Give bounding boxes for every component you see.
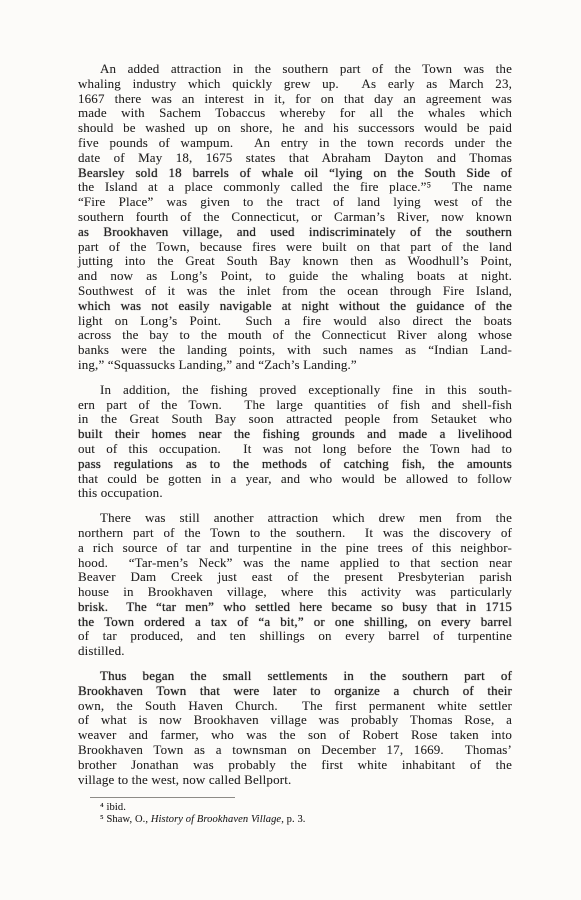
text-line: out of this occupation. It was not long … [78,442,512,457]
text-line: banks were the landing points, with such… [78,343,512,358]
text-line: There was still another attraction which… [78,511,512,526]
text-line: Thus began the small settlements in the … [78,669,512,684]
text-line: should be washed up on shore, he and his… [78,121,512,136]
text-line: ing,” “Squassucks Landing,” and “Zach’s … [78,358,512,373]
text-column: An added attraction in the southern part… [78,62,512,825]
footnote-separator [90,797,235,798]
footnote-text: ⁴ ibid. [100,802,126,813]
text-line: brisk. The “tar men” who settled here be… [78,600,512,615]
text-line: the Town ordered a tax of “a bit,” or on… [78,615,512,630]
text-line: Bearsley sold 18 barrels of whale oil “l… [78,166,512,181]
text-line: light on Long’s Point. Such a fire would… [78,314,512,329]
footnote: ⁴ ibid. [78,802,512,814]
footnote-text: ⁵ Shaw, O., [100,814,151,825]
text-line: part of the Town, because fires were bui… [78,240,512,255]
text-line: ern part of the Town. The large quantiti… [78,398,512,413]
book-page: An added attraction in the southern part… [0,0,581,900]
text-line: a rich source of tar and turpentine in t… [78,541,512,556]
text-line: “Fire Place” was given to the tract of l… [78,195,512,210]
text-line: 1667 there was an interest in it, for on… [78,92,512,107]
text-line: Southwest of it was the inlet from the o… [78,284,512,299]
text-line: that could be gotten in a year, and who … [78,472,512,487]
text-line: built their homes near the fishing groun… [78,427,512,442]
text-line: five pounds of wampum. An entry in the t… [78,136,512,151]
text-line: jutting into the Great South Bay known t… [78,254,512,269]
footnotes: ⁴ ibid.⁵ Shaw, O., History of Brookhaven… [78,797,512,825]
text-line: distilled. [78,644,512,659]
text-line: the Island at a place commonly called th… [78,180,512,195]
paragraph: In addition, the fishing proved exceptio… [78,383,512,501]
footnote: ⁵ Shaw, O., History of Brookhaven Villag… [78,814,512,826]
text-line: An added attraction in the southern part… [78,62,512,77]
text-line: pass regulations as to the methods of ca… [78,457,512,472]
text-line: which was not easily navigable at night … [78,299,512,314]
text-line: date of May 18, 1675 states that Abraham… [78,151,512,166]
text-line: In addition, the fishing proved exceptio… [78,383,512,398]
paragraph: An added attraction in the southern part… [78,62,512,373]
text-line: whaling industry which quickly grew up. … [78,77,512,92]
text-line: weaver and farmer, who was the son of Ro… [78,728,512,743]
text-line: house in Brookhaven village, where this … [78,585,512,600]
text-line: brother Jonathan was probably the first … [78,758,512,773]
text-line: of what is now Brookhaven village was pr… [78,713,512,728]
text-line: and now as Long’s Point, to guide the wh… [78,269,512,284]
text-line: made with Sachem Tobaccus whereby for al… [78,106,512,121]
text-line: as Brookhaven village, and used indiscri… [78,225,512,240]
text-line: in the Great South Bay soon attracted pe… [78,412,512,427]
footnote-book-title: History of Brookhaven Village [151,814,281,825]
text-line: own, the South Haven Church. The first p… [78,699,512,714]
text-line: village to the west, now called Bellport… [78,773,512,788]
paragraph: There was still another attraction which… [78,511,512,659]
text-line: Beaver Dam Creek just east of the presen… [78,570,512,585]
footnote-text: , p. 3. [281,814,305,825]
text-line: Brookhaven Town that were later to organ… [78,684,512,699]
text-line: of tar produced, and ten shillings on ev… [78,629,512,644]
text-line: hood. “Tar-men’s Neck” was the name appl… [78,556,512,571]
text-line: this occupation. [78,486,512,501]
text-line: Brookhaven Town as a townsman on Decembe… [78,743,512,758]
text-line: northern part of the Town to the souther… [78,526,512,541]
text-line: across the bay to the mouth of the Conne… [78,328,512,343]
paragraph: Thus began the small settlements in the … [78,669,512,787]
text-line: southern fourth of the Connecticut, or C… [78,210,512,225]
